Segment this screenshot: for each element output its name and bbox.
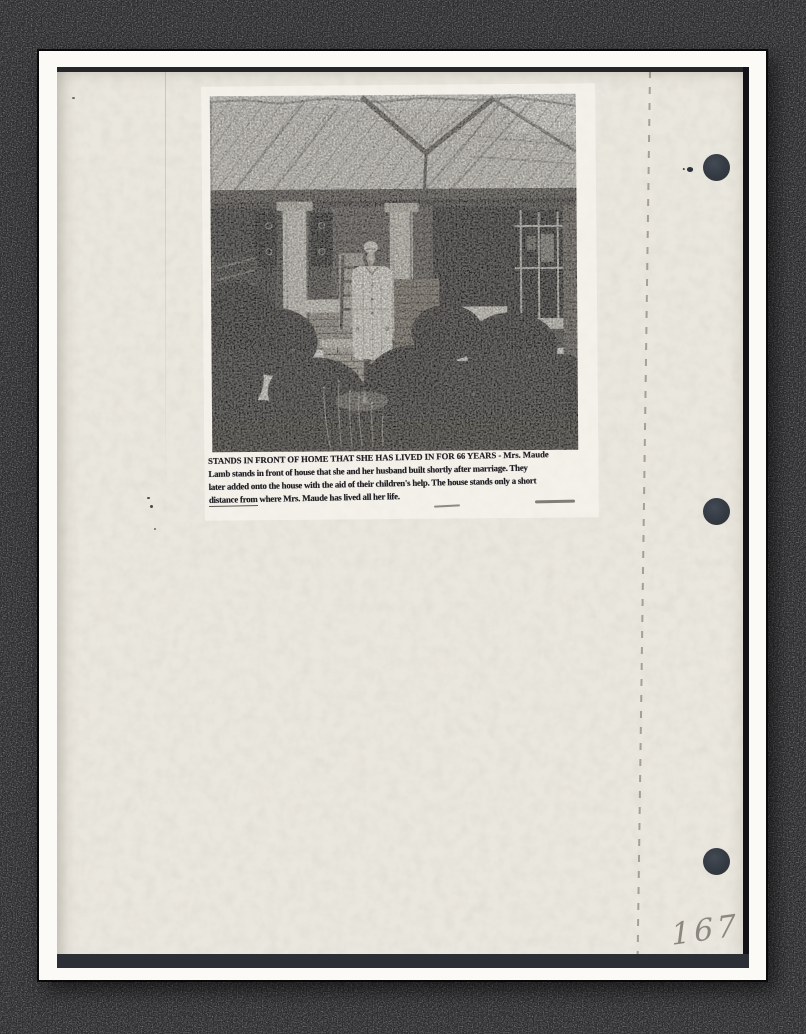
clipping-photo-art [210, 94, 578, 453]
page-fold-line [637, 71, 651, 957]
scan-edge-top [57, 67, 749, 72]
ink-dot [147, 497, 150, 499]
caption-line-4-rest: where Mrs. Maude has lived all her life. [257, 491, 399, 504]
paper-crease [165, 71, 166, 501]
hole-punch-bottom [703, 848, 730, 875]
ink-dot [72, 97, 75, 99]
scan-edge-right [743, 67, 749, 968]
clipping-photo [210, 94, 578, 453]
ink-dot [154, 528, 156, 530]
scanned-photo-board: STANDS IN FRONT OF HOME THAT SHE HAS LIV… [0, 0, 806, 1034]
ink-speck [686, 166, 693, 173]
hole-punch-middle [703, 498, 730, 525]
handwritten-page-number: 167 [670, 908, 740, 953]
photo-caption: STANDS IN FRONT OF HOME THAT SHE HAS LIV… [208, 447, 601, 507]
hole-punch-top [703, 154, 730, 181]
grain-overlay [210, 94, 578, 453]
scanned-page: STANDS IN FRONT OF HOME THAT SHE HAS LIV… [57, 67, 749, 968]
white-frame: STANDS IN FRONT OF HOME THAT SHE HAS LIV… [37, 49, 768, 982]
scan-edge-bottom [57, 954, 749, 968]
caption-underlined-words: distance from [209, 494, 258, 506]
ink-dot [150, 505, 153, 508]
